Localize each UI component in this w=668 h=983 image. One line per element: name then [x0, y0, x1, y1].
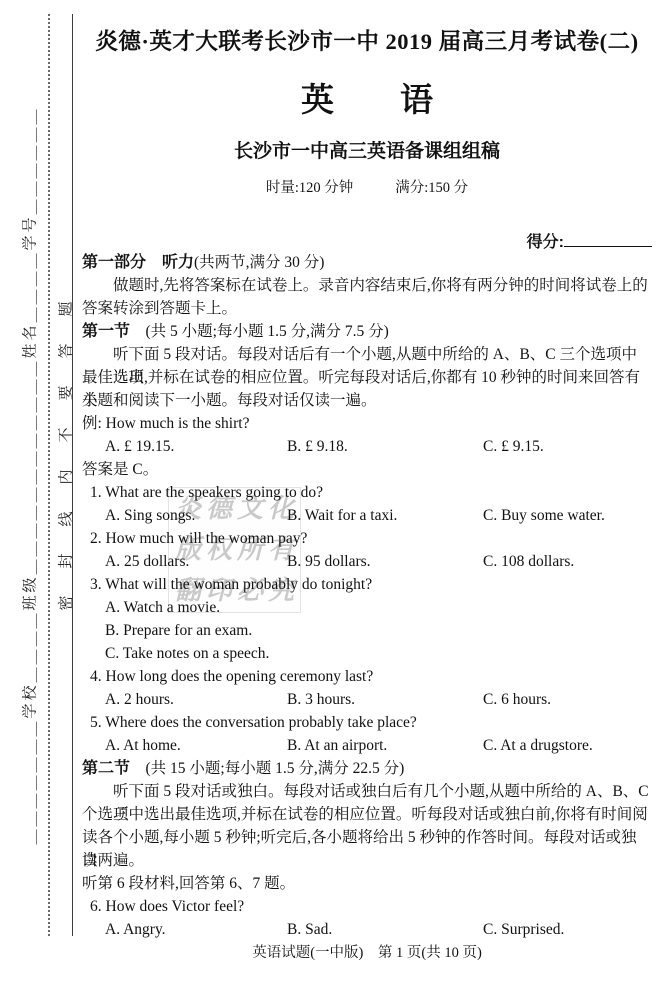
question-6-option-a: A. Angry.	[105, 918, 287, 941]
question-6-option-c: C. Surprised.	[483, 918, 652, 941]
question-4-options: A. 2 hours. B. 3 hours. C. 6 hours.	[82, 688, 652, 711]
full-score-label: 满分:150 分	[395, 180, 468, 196]
question-3-option-a-text: A. Watch a movie.	[105, 596, 220, 619]
section1-heading-bold: 第一节	[82, 323, 130, 340]
question-5-option-a: A. At home.	[105, 734, 287, 757]
question-3-option-c-text: C. Take notes on a speech.	[105, 642, 269, 665]
question-5-options: A. At home. B. At an airport. C. At a dr…	[82, 734, 652, 757]
section2-intro-line-4: 读两遍。	[82, 849, 652, 872]
question-6-option-b: B. Sad.	[287, 918, 483, 941]
section2-heading-rest: (共 15 小题;每小题 1.5 分,满分 22.5 分)	[130, 760, 404, 777]
exam-page: ＿＿＿＿＿＿＿学校＿＿＿＿班级＿＿＿＿＿＿＿＿＿＿＿＿姓名＿＿＿＿学号＿＿＿＿＿…	[0, 0, 668, 983]
part1-heading-rest: (共两节,满分 30 分)	[194, 254, 324, 271]
question-4-option-b: B. 3 hours.	[287, 688, 483, 711]
score-label: 得分:	[527, 234, 564, 251]
exam-title: 炎德·英才大联考长沙市一中 2019 届高三月考试卷(二)	[82, 27, 652, 57]
section1-heading-rest: (共 5 小题;每小题 1.5 分,满分 7.5 分)	[130, 323, 389, 340]
question-3-option-c: C. Take notes on a speech.	[82, 642, 652, 665]
question-4-text: 4. How long does the opening ceremony la…	[82, 665, 652, 688]
margin-student-fields: ＿＿＿＿＿＿＿学校＿＿＿＿班级＿＿＿＿＿＿＿＿＿＿＿＿姓名＿＿＿＿学号＿＿＿＿＿…	[19, 96, 40, 856]
question-2-options: A. 25 dollars. B. 95 dollars. C. 108 dol…	[82, 550, 652, 573]
section1-intro-line-3: 小题和阅读下一小题。每段对话仅读一遍。	[82, 389, 652, 412]
duration-label: 时量:120 分钟	[266, 180, 353, 196]
part1-heading-bold: 第一部分 听力	[82, 254, 194, 271]
question-2-text: 2. How much will the woman pay?	[82, 527, 652, 550]
score-row: 得分:	[82, 228, 652, 251]
material-6-note: 听第 6 段材料,回答第 6、7 题。	[82, 872, 652, 895]
question-1-options: A. Sing songs. B. Wait for a taxi. C. Bu…	[82, 504, 652, 527]
example-option-b: B. £ 9.18.	[287, 435, 483, 458]
example-options: A. £ 19.15. B. £ 9.18. C. £ 9.15.	[82, 435, 652, 458]
example-option-a: A. £ 19.15.	[105, 435, 287, 458]
question-6-options: A. Angry. B. Sad. C. Surprised.	[82, 918, 652, 941]
meta-row: 时量:120 分钟满分:150 分	[82, 179, 652, 197]
section2-intro-line-1: 听下面 5 段对话或独白。每段对话或独白后有几个小题,从题中所给的 A、B、C …	[82, 780, 652, 803]
question-4-option-c: C. 6 hours.	[483, 688, 652, 711]
example-answer: 答案是 C。	[82, 458, 652, 481]
score-blank-line	[564, 228, 652, 247]
seal-notice-text: 密封线内不要答题	[55, 251, 76, 635]
section2-heading-bold: 第二节	[82, 760, 130, 777]
section2-heading: 第二节 (共 15 小题;每小题 1.5 分,满分 22.5 分)	[82, 757, 652, 780]
section1-intro-line-2: 最佳选项,并标在试卷的相应位置。听完每段对话后,你都有 10 秒钟的时间来回答有…	[82, 366, 652, 389]
question-3-option-b-text: B. Prepare for an exam.	[105, 619, 252, 642]
part1-intro-line-1: 做题时,先将答案标在试卷上。录音内容结束后,你将有两分钟的时间将试卷上的	[82, 274, 652, 297]
section2-intro-line-2: 个选项中选出最佳选项,并标在试卷的相应位置。听每段对话或独白前,你将有时间阅	[82, 803, 652, 826]
question-6-text: 6. How does Victor feel?	[82, 895, 652, 918]
question-4-option-a: A. 2 hours.	[105, 688, 287, 711]
page-footer: 英语试题(一中版) 第 1 页(共 10 页)	[82, 941, 652, 962]
subject-title: 英 语	[82, 83, 652, 117]
question-5-option-b: B. At an airport.	[287, 734, 483, 757]
question-1-text: 1. What are the speakers going to do?	[82, 481, 652, 504]
question-2-option-b: B. 95 dollars.	[287, 550, 483, 573]
question-1-option-a: A. Sing songs.	[105, 504, 287, 527]
question-2-option-a: A. 25 dollars.	[105, 550, 287, 573]
example-question: 例: How much is the shirt?	[82, 412, 652, 435]
question-3-option-b: B. Prepare for an exam.	[82, 619, 652, 642]
question-1-option-b: B. Wait for a taxi.	[287, 504, 483, 527]
question-3-option-a: A. Watch a movie.	[82, 596, 652, 619]
part1-heading: 第一部分 听力(共两节,满分 30 分)	[82, 251, 652, 274]
section1-intro-line-1: 听下面 5 段对话。每段对话后有一个小题,从题中所给的 A、B、C 三个选项中选…	[82, 343, 652, 366]
section1-heading: 第一节 (共 5 小题;每小题 1.5 分,满分 7.5 分)	[82, 320, 652, 343]
example-option-c: C. £ 9.15.	[483, 435, 652, 458]
question-3-text: 3. What will the woman probably do tonig…	[82, 573, 652, 596]
seal-dotted-line	[48, 14, 50, 936]
exam-body: 第一部分 听力(共两节,满分 30 分) 做题时,先将答案标在试卷上。录音内容结…	[82, 251, 652, 941]
drafter-line: 长沙市一中高三英语备课组组稿	[82, 142, 652, 162]
question-5-text: 5. Where does the conversation probably …	[82, 711, 652, 734]
question-5-option-c: C. At a drugstore.	[483, 734, 652, 757]
content-column: 炎德·英才大联考长沙市一中 2019 届高三月考试卷(二) 英 语 长沙市一中高…	[82, 0, 652, 941]
part1-intro-line-2: 答案转涂到答题卡上。	[82, 297, 652, 320]
question-2-option-c: C. 108 dollars.	[483, 550, 652, 573]
section2-intro-line-3: 读各个小题,每小题 5 秒钟;听完后,各小题将给出 5 秒钟的作答时间。每段对话…	[82, 826, 652, 849]
question-1-option-c: C. Buy some water.	[483, 504, 652, 527]
